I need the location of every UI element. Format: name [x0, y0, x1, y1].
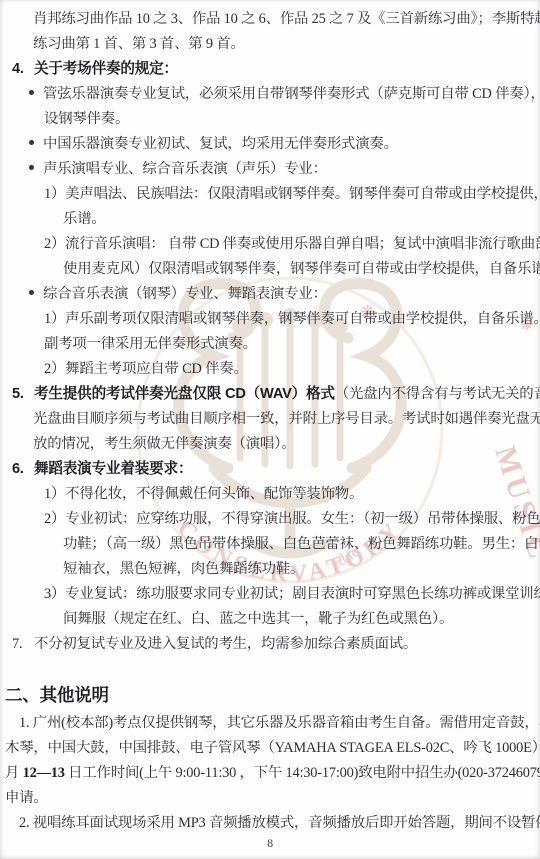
- bullet-line: 综合音乐表演（钢琴）专业、舞蹈表演专业：: [0, 282, 540, 307]
- date-range: 12—13: [23, 765, 65, 781]
- text: 3）专业复试：练功服要求同专业初试；剧目表演时可穿黑色长练功裤或课堂训练的民: [44, 586, 540, 602]
- sub-item-line: 2）流行音乐演唱： 自带 CD 伴奏或使用乐器自弹自唱；复试中演唱非流行歌曲部分…: [0, 232, 540, 257]
- bullet-dot-icon: [29, 165, 34, 170]
- text: 练习曲第 1 首、第 3 首、第 9 首。: [33, 36, 245, 52]
- text: 1）不得化妆，不得佩戴任何头饰、配饰等装饰物。: [44, 486, 363, 502]
- section-2-heading: 二、其他说明: [0, 679, 540, 711]
- sub-item-continuation: 功鞋；（高一级）黑色吊带体操服、白色芭蕾袜、粉色舞蹈练功鞋。男生：白色紧身: [0, 532, 540, 557]
- text: 木琴，中国大鼓，中国排鼓、电子管风琴（YAMAHA STAGEA ELS-02C…: [5, 740, 540, 756]
- item-continuation: 放的情况，考生须做无伴奏演奏（演唱）。: [0, 432, 540, 457]
- sub-item-line: 1）美声唱法、民族唱法：仅限清唱或钢琴伴奏。钢琴伴奏可自带或由学校提供，自备: [0, 182, 540, 207]
- sub-item-continuation: 间舞服（规定在红、白、蓝之中选其一，靴子为红色或黑色）。: [0, 607, 540, 632]
- text: （光盘内不得含有与考试无关的音响）。: [335, 386, 540, 402]
- note-line: 2. 视唱练耳面试现场采用 MP3 音频播放模式，音频播放后即开始答题，期间不设…: [0, 811, 540, 836]
- note-line: 1. 广州(校本部)考点仅提供钢琴，其它乐器及乐器音箱由考生自备。需借用定音鼓，…: [0, 711, 540, 736]
- sub-item-continuation: 乐谱。: [0, 207, 540, 232]
- text: 乐谱。: [63, 211, 106, 227]
- bullet-line: 声乐演唱专业、综合音乐表演（声乐）专业：: [0, 157, 540, 182]
- sub-item-line: 1）不得化妆，不得佩戴任何头饰、配饰等装饰物。: [0, 482, 540, 507]
- bullet-line: 管弦乐器演奏专业复试，必须采用自带钢琴伴奏形式（萨克斯可自带 CD 伴奏），考场…: [0, 82, 540, 107]
- text: 2. 视唱练耳面试现场采用 MP3 音频播放模式，音频播放后即开始答题，期间不设…: [19, 815, 540, 831]
- text: 1. 广州(校本部)考点仅提供钢琴，其它乐器及乐器音箱由考生自备。需借用定音鼓，…: [19, 715, 540, 731]
- item-continuation: 光盘曲目顺序须与考试曲目顺序相一致，并附上序号目录。考试时如遇伴奏光盘无法播: [0, 407, 540, 432]
- item-number: 5.: [12, 382, 34, 407]
- note-continuation: 申请。: [0, 786, 540, 811]
- text: 副考项一律采用无伴奏形式演奏。: [44, 336, 257, 352]
- item-5-heading: 5.考生提供的考试伴奏光盘仅限 CD（WAV）格式（光盘内不得含有与考试无关的音…: [0, 382, 540, 407]
- text: 声乐演唱专业、综合音乐表演（声乐）专业：: [43, 161, 327, 177]
- text: 中国乐器演奏专业初试、复试，均采用无伴奏形式演奏。: [43, 136, 398, 152]
- page-number: 8: [0, 836, 540, 851]
- text: 月: [5, 765, 23, 781]
- sub-item-continuation: 短袖衣，黑色短裤，肉色舞蹈练功鞋。: [0, 557, 540, 582]
- text: 光盘曲目顺序须与考试曲目顺序相一致，并附上序号目录。考试时如遇伴奏光盘无法播: [33, 411, 540, 427]
- text: 管弦乐器演奏专业复试，必须采用自带钢琴伴奏形式（萨克斯可自带 CD 伴奏），考场…: [43, 86, 540, 102]
- text: 综合音乐表演（钢琴）专业、舞蹈表演专业：: [43, 286, 327, 302]
- item-number: 4.: [12, 57, 34, 82]
- text: 2）流行音乐演唱： 自带 CD 伴奏或使用乐器自弹自唱；复试中演唱非流行歌曲部分…: [44, 236, 540, 252]
- text: 使用麦克风）仅限清唱或钢琴伴奏，钢琴伴奏可自带或由学校提供，自备乐谱。: [63, 261, 540, 277]
- sub-item-line: 2）专业初试：应穿练功服，不得穿演出服。女生：（初一级）吊带体操服、粉色舞蹈练: [0, 507, 540, 532]
- item-title: 考生提供的考试伴奏光盘仅限 CD（WAV）格式: [34, 386, 335, 402]
- text: 放的情况，考生须做无伴奏演奏（演唱）。: [33, 436, 295, 452]
- sub-item-line: 1）声乐副考项仅限清唱或钢琴伴奏，钢琴伴奏可自带或由学校提供，自备乐谱。器乐: [0, 307, 540, 332]
- item-title: 关于考场伴奏的规定：: [34, 61, 178, 77]
- item-number: 7.: [12, 632, 34, 657]
- heading-text: 二、其他说明: [5, 685, 109, 705]
- document-body: 肖邦练习曲作品 10 之 3、作品 10 之 6、作品 25 之 7 及《三首新…: [0, 7, 540, 836]
- text: 不分初复试专业及进入复试的考生，均需参加综合素质面试。: [34, 636, 417, 652]
- bullet-line: 中国乐器演奏专业初试、复试，均采用无伴奏形式演奏。: [0, 132, 540, 157]
- text: 设钢琴伴奏。: [44, 111, 129, 127]
- text: 间舞服（规定在红、白、蓝之中选其一，靴子为红色或黑色）。: [63, 611, 453, 627]
- note-continuation: 木琴，中国大鼓，中国排鼓、电子管风琴（YAMAHA STAGEA ELS-02C…: [0, 736, 540, 761]
- text: 1）美声唱法、民族唱法：仅限清唱或钢琴伴奏。钢琴伴奏可自带或由学校提供，自备: [44, 186, 540, 202]
- sub-item-continuation: 使用麦克风）仅限清唱或钢琴伴奏，钢琴伴奏可自带或由学校提供，自备乐谱。: [0, 257, 540, 282]
- text: 2）舞蹈主考项应自带 CD 伴奏。: [44, 361, 248, 377]
- item-4-heading: 4.关于考场伴奏的规定：: [0, 57, 540, 82]
- item-6-heading: 6.舞蹈表演专业着装要求：: [0, 457, 540, 482]
- bullet-dot-icon: [29, 90, 34, 95]
- sub-item-continuation: 副考项一律采用无伴奏形式演奏。: [0, 332, 540, 357]
- text: 日工作时间(上午 9:00-11:30 ，下午 14:30-17:00)致电附中…: [65, 765, 540, 781]
- item-number: 6.: [12, 457, 34, 482]
- text: 申请。: [5, 790, 48, 806]
- sub-item-line: 2）舞蹈主考项应自带 CD 伴奏。: [0, 357, 540, 382]
- sub-item-line: 3）专业复试：练功服要求同专业初试；剧目表演时可穿黑色长练功裤或课堂训练的民: [0, 582, 540, 607]
- note-continuation: 月 12—13 日工作时间(上午 9:00-11:30 ，下午 14:30-17…: [0, 761, 540, 786]
- item-7-line: 7.不分初复试专业及进入复试的考生，均需参加综合素质面试。: [0, 632, 540, 657]
- bullet-dot-icon: [29, 290, 34, 295]
- intro-line: 肖邦练习曲作品 10 之 3、作品 10 之 6、作品 25 之 7 及《三首新…: [0, 7, 540, 32]
- intro-line: 练习曲第 1 首、第 3 首、第 9 首。: [0, 32, 540, 57]
- text: 短袖衣，黑色短裤，肉色舞蹈练功鞋。: [63, 561, 304, 577]
- text: 1）声乐副考项仅限清唱或钢琴伴奏，钢琴伴奏可自带或由学校提供，自备乐谱。器乐: [44, 311, 540, 327]
- document-page: CONSERVATORY MUSIC ed to ❋ ❋ 肖邦练习曲作品 10 …: [0, 0, 540, 859]
- text: 功鞋；（高一级）黑色吊带体操服、白色芭蕾袜、粉色舞蹈练功鞋。男生：白色紧身: [63, 536, 540, 552]
- item-title: 舞蹈表演专业着装要求：: [34, 461, 192, 477]
- text: 2）专业初试：应穿练功服，不得穿演出服。女生：（初一级）吊带体操服、粉色舞蹈练: [44, 511, 540, 527]
- text: 肖邦练习曲作品 10 之 3、作品 10 之 6、作品 25 之 7 及《三首新…: [33, 11, 540, 27]
- bullet-continuation: 设钢琴伴奏。: [0, 107, 540, 132]
- bullet-dot-icon: [29, 140, 34, 145]
